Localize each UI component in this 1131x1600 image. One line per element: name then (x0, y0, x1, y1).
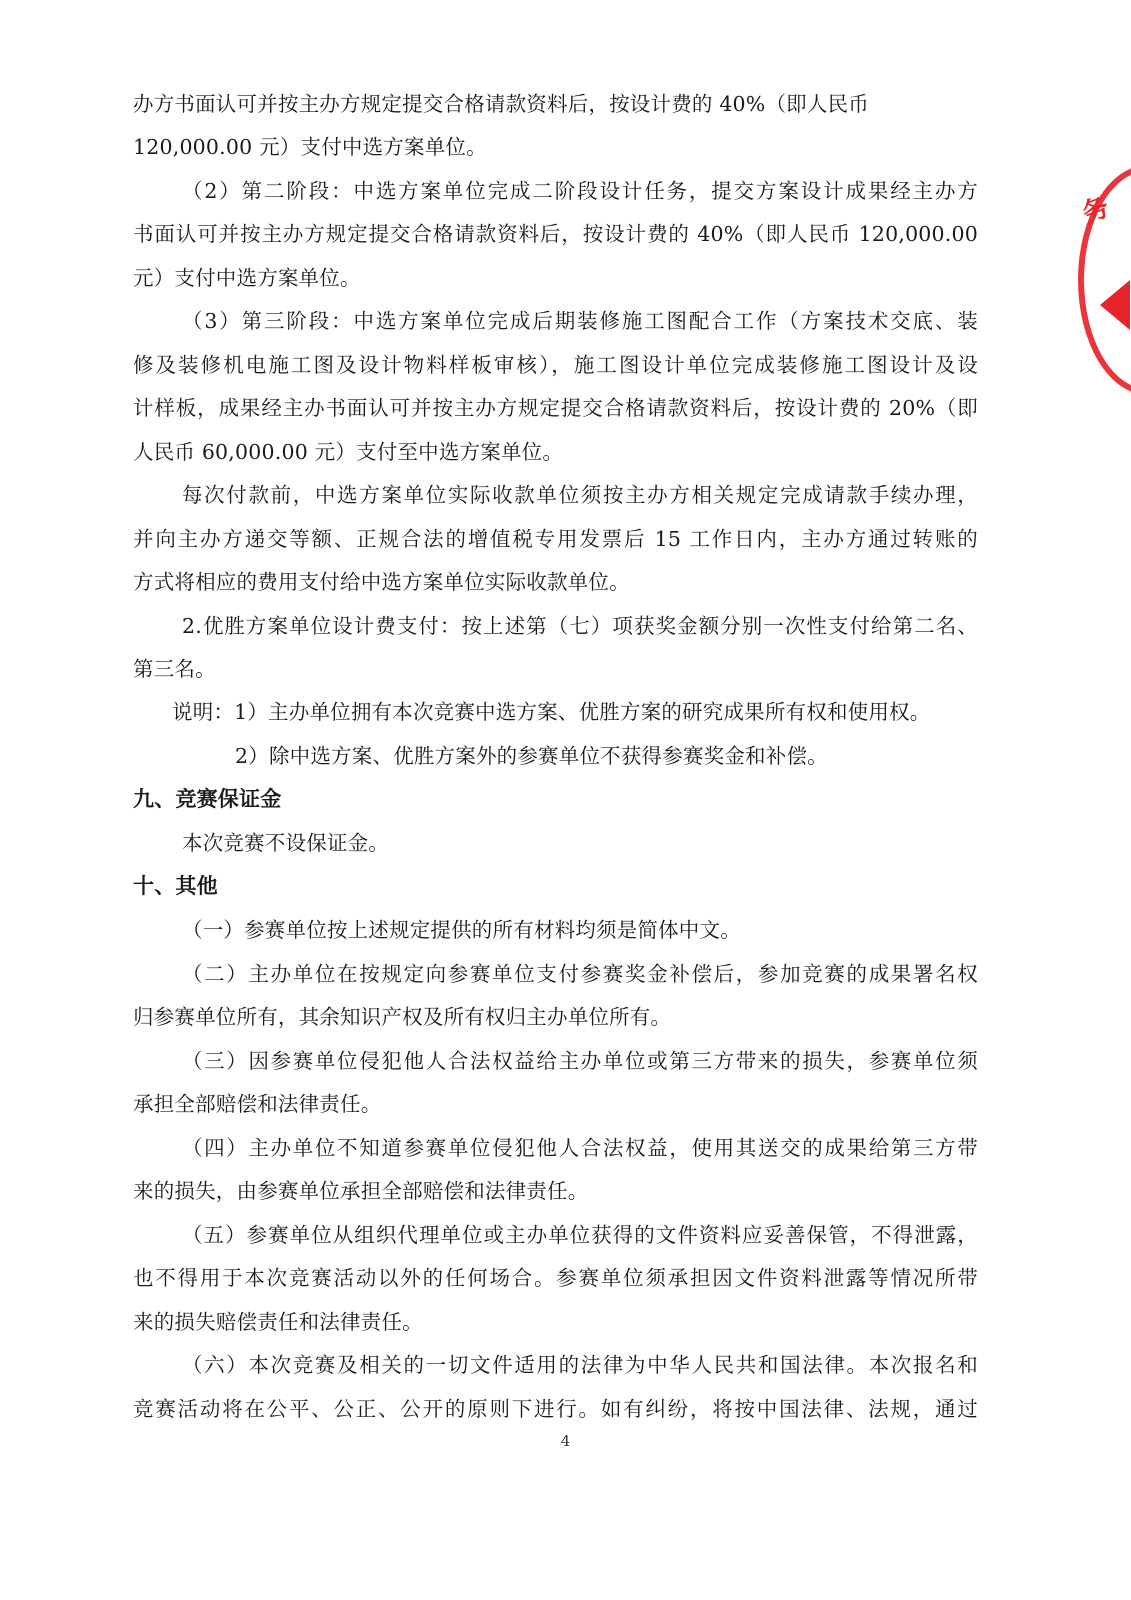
section-9-heading: 九、竞赛保证金 (133, 785, 978, 813)
text-line: （六）本次竞赛及相关的一切文件适用的法律为中华人民共和国法律。本次报名和 (182, 1351, 978, 1379)
page-number: 4 (0, 1432, 1131, 1450)
text-line: 120,000.00 元）支付中选方案单位。 (133, 133, 978, 161)
text-line: 并向主办方递交等额、正规合法的增值税专用发票后 15 工作日内，主办方通过转账的 (133, 525, 978, 553)
note-2: 2）除中选方案、优胜方案外的参赛单位不获得参赛奖金和补偿。 (235, 742, 1080, 770)
text-line: 承担全部赔偿和法律责任。 (133, 1090, 978, 1118)
seal-star-icon (1100, 280, 1130, 330)
text-line: （3）第三阶段：中选方案单位完成后期装修施工图配合工作（方案技术交底、装 (182, 307, 978, 335)
text-line: （五）参赛单位从组织代理单位或主办单位获得的文件资料应妥善保管，不得泄露， (182, 1221, 978, 1249)
text-line: 来的损失，由参赛单位承担全部赔偿和法律责任。 (133, 1177, 978, 1205)
text-line: 方式将相应的费用支付给中选方案单位实际收款单位。 (133, 568, 978, 596)
text-line: 元）支付中选方案单位。 (133, 264, 978, 292)
text-line: 也不得用于本次竞赛活动以外的任何场合。参赛单位须承担因文件资料泄露等情况所带 (133, 1264, 978, 1292)
text-line: 修及装修机电施工图及设计物料样板审核），施工图设计单位完成装修施工图设计及设 (133, 351, 978, 379)
text-line: 每次付款前，中选方案单位实际收款单位须按主办方相关规定完成请款手续办理， (182, 481, 978, 509)
text-line: 竞赛活动将在公平、公正、公开的原则下进行。如有纠纷，将按中国法律、法规，通过 (133, 1395, 978, 1423)
text-line: （三）因参赛单位侵犯他人合法权益给主办单位或第三方带来的损失，参赛单位须 (182, 1047, 978, 1075)
text-line: 书面认可并按主办方规定提交合格请款资料后，按设计费的 40%（即人民币 120,… (133, 220, 978, 248)
text-line: 2.优胜方案单位设计费支付：按上述第（七）项获奖金额分别一次性支付给第二名、 (182, 612, 978, 640)
text-line: 第三名。 (133, 655, 978, 683)
text-line: （二）主办单位在按规定向参赛单位支付参赛奖金补偿后，参加竞赛的成果署名权 (182, 960, 978, 988)
text-line: 人民币 60,000.00 元）支付至中选方案单位。 (133, 438, 978, 466)
document-page: 办方书面认可并按主办方规定提交合格请款资料后，按设计费的 40%（即人民币120… (0, 0, 1131, 1600)
text-line: 来的损失赔偿责任和法律责任。 (133, 1308, 978, 1336)
section-9-body: 本次竞赛不设保证金。 (182, 829, 978, 857)
section-10-heading: 十、其他 (133, 872, 978, 900)
text-line: （一）参赛单位按上述规定提供的所有材料均须是简体中文。 (182, 916, 978, 944)
text-line: （2）第二阶段：中选方案单位完成二阶段设计任务，提交方案设计成果经主办方 (182, 177, 978, 205)
text-line: 计样板，成果经主办书面认可并按主办方规定提交合格请款资料后，按设计费的 20%（… (133, 394, 978, 422)
note-1: 说明：1）主办单位拥有本次竞赛中选方案、优胜方案的研究成果所有权和使用权。 (172, 698, 1017, 726)
text-line: （四）主办单位不知道参赛单位侵犯他人合法权益，使用其送交的成果给第三方带 (182, 1134, 978, 1162)
text-line: 归参赛单位所有，其余知识产权及所有权归主办单位所有。 (133, 1003, 978, 1031)
text-line: 办方书面认可并按主办方规定提交合格请款资料后，按设计费的 40%（即人民币 (133, 90, 978, 118)
